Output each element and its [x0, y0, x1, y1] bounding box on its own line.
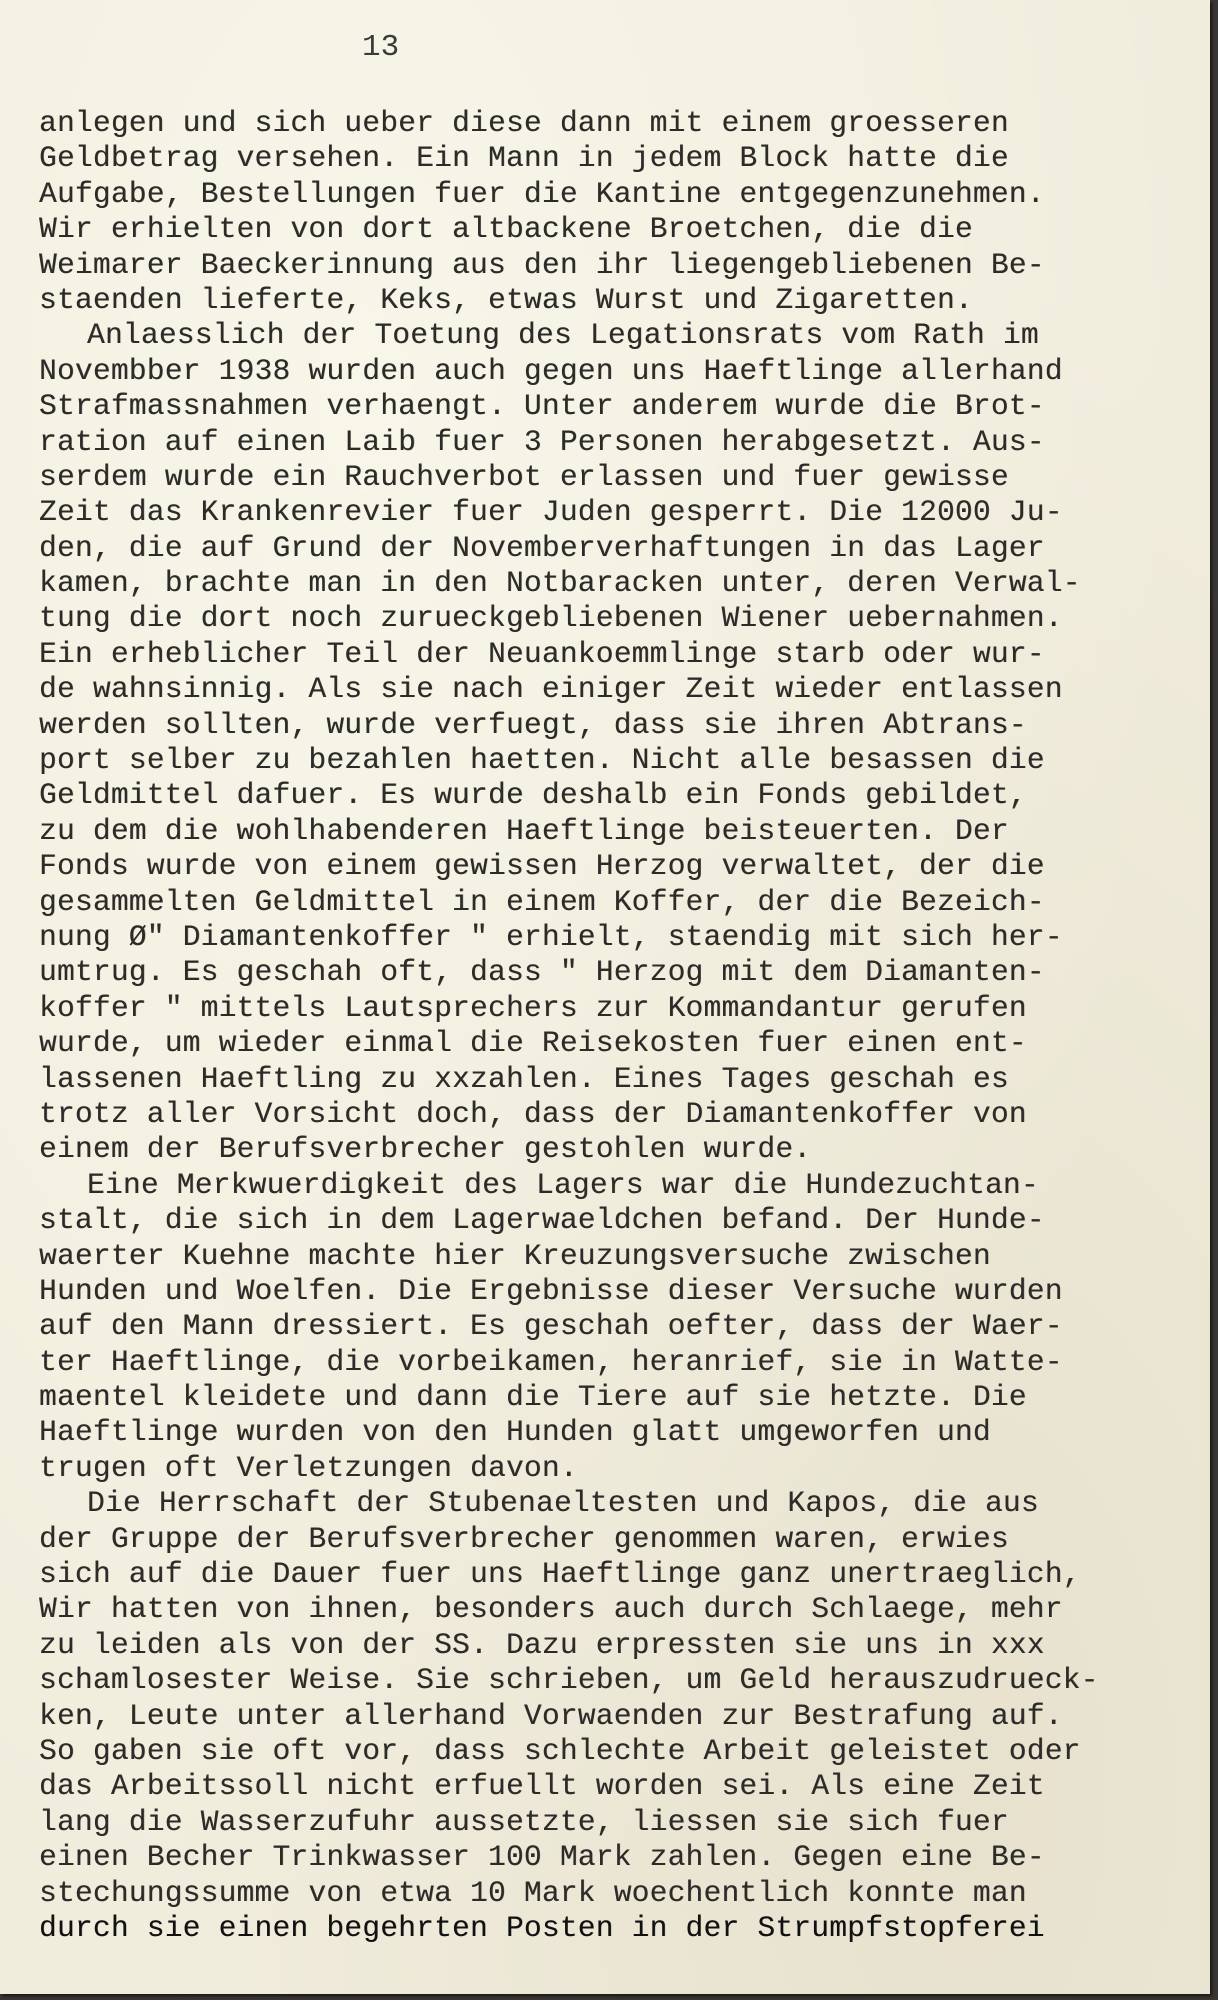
text-line: Geldmittel dafuer. Es wurde deshalb ein …	[39, 778, 1204, 813]
text-line: zu leiden als von der SS. Dazu erpresste…	[39, 1628, 1204, 1663]
text-line: trugen oft Verletzungen davon.	[39, 1451, 1204, 1486]
text-line: port selber zu bezahlen haetten. Nicht a…	[39, 743, 1204, 778]
body-text: anlegen und sich ueber diese dann mit ei…	[39, 106, 1204, 1946]
text-line: de wahnsinnig. Als sie nach einiger Zeit…	[39, 672, 1204, 707]
text-line: tung die dort noch zurueckgebliebenen Wi…	[39, 601, 1204, 636]
text-line: schamlosester Weise. Sie schrieben, um G…	[39, 1663, 1204, 1698]
text-line: kamen, brachte man in den Notbaracken un…	[39, 566, 1204, 601]
text-line: Aufgabe, Bestellungen fuer die Kantine e…	[39, 177, 1204, 212]
text-line: auf den Mann dressiert. Es geschah oefte…	[39, 1309, 1204, 1344]
text-line: So gaben sie oft vor, dass schlechte Arb…	[39, 1734, 1204, 1769]
typewritten-page: 13 anlegen und sich ueber diese dann mit…	[0, 0, 1210, 1994]
text-line: ken, Leute unter allerhand Vorwaenden zu…	[39, 1699, 1204, 1734]
text-line: umtrug. Es geschah oft, dass " Herzog mi…	[39, 955, 1204, 990]
text-line: Wir erhielten von dort altbackene Broetc…	[39, 212, 1204, 247]
text-line: Zeit das Krankenrevier fuer Juden gesper…	[39, 495, 1204, 530]
text-line: ter Haeftlinge, die vorbeikamen, heranri…	[39, 1345, 1204, 1380]
text-line: stalt, die sich in dem Lagerwaeldchen be…	[39, 1203, 1204, 1238]
text-line: durch sie einen begehrten Posten in der …	[39, 1911, 1204, 1946]
text-line: waerter Kuehne machte hier Kreuzungsvers…	[39, 1239, 1204, 1274]
text-line: einem der Berufsverbrecher gestohlen wur…	[39, 1132, 1204, 1167]
text-line: Novembber 1938 wurden auch gegen uns Hae…	[39, 354, 1204, 389]
text-line: Haeftlinge wurden von den Hunden glatt u…	[39, 1415, 1204, 1450]
text-line: zu dem die wohlhabenderen Haeftlinge bei…	[39, 814, 1204, 849]
text-line: Eine Merkwuerdigkeit des Lagers war die …	[39, 1168, 1204, 1203]
text-line: werden sollten, wurde verfuegt, dass sie…	[39, 708, 1204, 743]
text-line: ration auf einen Laib fuer 3 Personen he…	[39, 425, 1204, 460]
text-line: lang die Wasserzufuhr aussetzte, liessen…	[39, 1805, 1204, 1840]
text-line: den, die auf Grund der Novemberverhaftun…	[39, 531, 1204, 566]
text-line: anlegen und sich ueber diese dann mit ei…	[39, 106, 1204, 141]
text-line: koffer " mittels Lautsprechers zur Komma…	[39, 991, 1204, 1026]
text-line: der Gruppe der Berufsverbrecher genommen…	[39, 1522, 1204, 1557]
text-line: Hunden und Woelfen. Die Ergebnisse diese…	[39, 1274, 1204, 1309]
text-line: Geldbetrag versehen. Ein Mann in jedem B…	[39, 141, 1204, 176]
text-line: das Arbeitssoll nicht erfuellt worden se…	[39, 1769, 1204, 1804]
text-line: einen Becher Trinkwasser 100 Mark zahlen…	[39, 1840, 1204, 1875]
text-line: stechungssumme von etwa 10 Mark woechent…	[39, 1876, 1204, 1911]
text-line: Weimarer Baeckerinnung aus den ihr liege…	[39, 248, 1204, 283]
text-line: Wir hatten von ihnen, besonders auch dur…	[39, 1592, 1204, 1627]
page-number: 13	[362, 30, 399, 65]
text-line: maentel kleidete und dann die Tiere auf …	[39, 1380, 1204, 1415]
text-line: gesammelten Geldmittel in einem Koffer, …	[39, 885, 1204, 920]
text-line: Fonds wurde von einem gewissen Herzog ve…	[39, 849, 1204, 884]
text-line: lassenen Haeftling zu xxzahlen. Eines Ta…	[39, 1062, 1204, 1097]
text-line: serdem wurde ein Rauchverbot erlassen un…	[39, 460, 1204, 495]
text-line: Die Herrschaft der Stubenaeltesten und K…	[39, 1486, 1204, 1521]
text-line: Anlaesslich der Toetung des Legationsrat…	[39, 318, 1204, 353]
text-line: trotz aller Vorsicht doch, dass der Diam…	[39, 1097, 1204, 1132]
text-line: sich auf die Dauer fuer uns Haeftlinge g…	[39, 1557, 1204, 1592]
text-line: staenden lieferte, Keks, etwas Wurst und…	[39, 283, 1204, 318]
text-line: Ein erheblicher Teil der Neuankoemmlinge…	[39, 637, 1204, 672]
text-line: Strafmassnahmen verhaengt. Unter anderem…	[39, 389, 1204, 424]
text-line: nung Ø" Diamantenkoffer " erhielt, staen…	[39, 920, 1204, 955]
text-line: wurde, um wieder einmal die Reisekosten …	[39, 1026, 1204, 1061]
